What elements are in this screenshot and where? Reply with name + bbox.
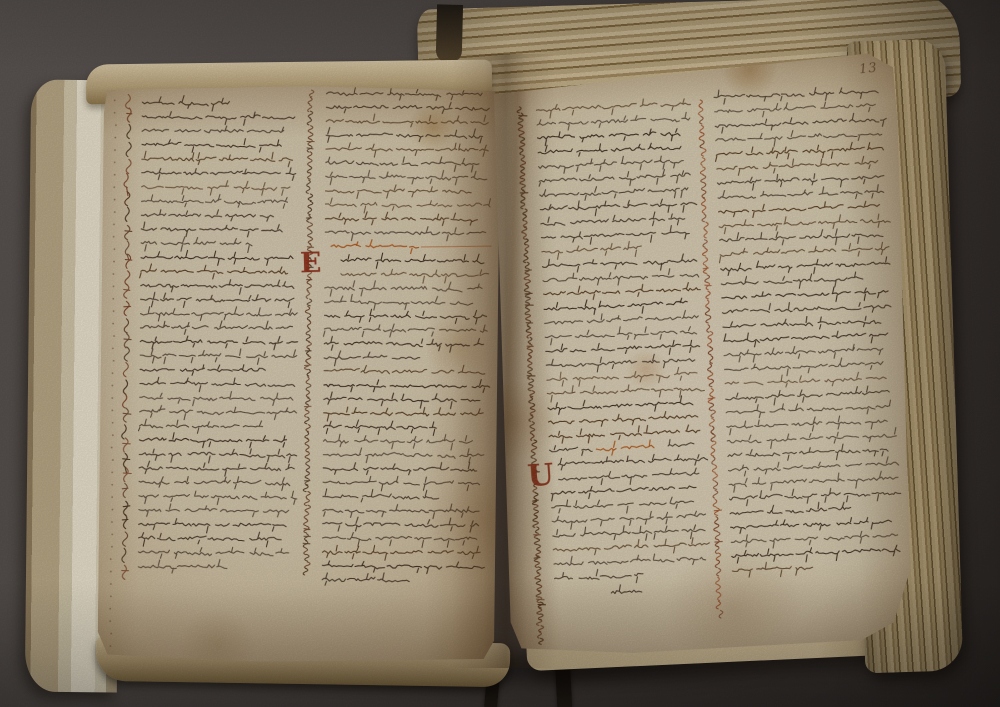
folio-number: 13 [858,60,878,77]
verso-script-art [97,84,500,663]
manuscript-page-verso: E [97,84,500,663]
verso-drop-initial: E [300,249,322,278]
photo-background: E U 13 [0,0,1000,707]
recto-script-art [487,52,919,657]
recto-drop-initial: U [526,460,554,492]
spine-gutter-notch [436,4,463,63]
manuscript-page-recto: U 13 [487,52,919,657]
